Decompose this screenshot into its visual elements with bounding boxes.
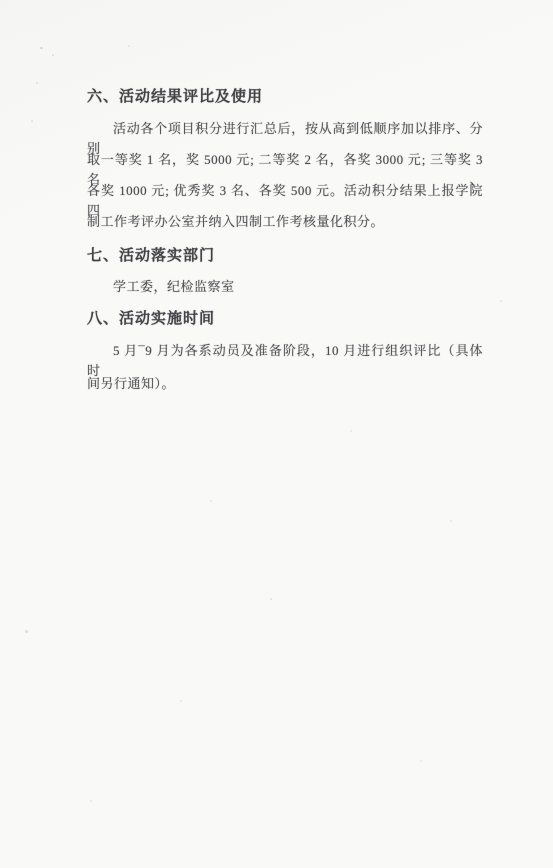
scan-noise-speck	[210, 500, 212, 502]
section-heading-7: 七、活动落实部门	[87, 245, 483, 269]
paragraph-line: 制工作考评办公室并纳入四制工作考核量化积分。	[87, 212, 483, 234]
scan-noise-speck	[350, 430, 352, 432]
scan-noise-speck	[31, 120, 33, 122]
paragraph-line: 取一等奖 1 名，奖 5000 元; 二等奖 2 名，各奖 3000 元; 三等…	[87, 150, 483, 172]
paragraph-line: 活动各个项目积分进行汇总后，按从高到低顺序加以排序、分别	[87, 119, 483, 141]
scan-noise-speck	[500, 300, 502, 302]
paragraph-line: 间另行通知）。	[87, 374, 483, 396]
scan-noise-speck	[36, 82, 38, 84]
scan-noise-speck	[270, 598, 272, 600]
paragraph-line: 各奖 1000 元; 优秀奖 3 名、各奖 500 元。活动积分结果上报学院四	[87, 181, 483, 203]
scanned-document-page: 六、活动结果评比及使用 活动各个项目积分进行汇总后，按从高到低顺序加以排序、分别…	[0, 0, 553, 868]
scan-noise-speck	[128, 45, 130, 47]
scan-noise-speck	[52, 54, 54, 56]
paragraph-line: 5 月¯9 月为各系动员及准备阶段，10 月进行组织评比（具体时	[87, 341, 483, 363]
section-heading-6: 六、活动结果评比及使用	[87, 86, 483, 110]
scan-noise-speck	[180, 700, 182, 702]
paragraph-line: 学工委，纪检监察室	[87, 277, 483, 299]
scan-noise-speck	[25, 630, 28, 633]
scan-noise-speck	[90, 800, 92, 802]
scan-noise-speck	[450, 520, 452, 522]
scan-noise-speck	[40, 47, 43, 49]
scan-noise-speck	[420, 760, 422, 762]
section-heading-8: 八、活动实施时间	[87, 308, 483, 332]
